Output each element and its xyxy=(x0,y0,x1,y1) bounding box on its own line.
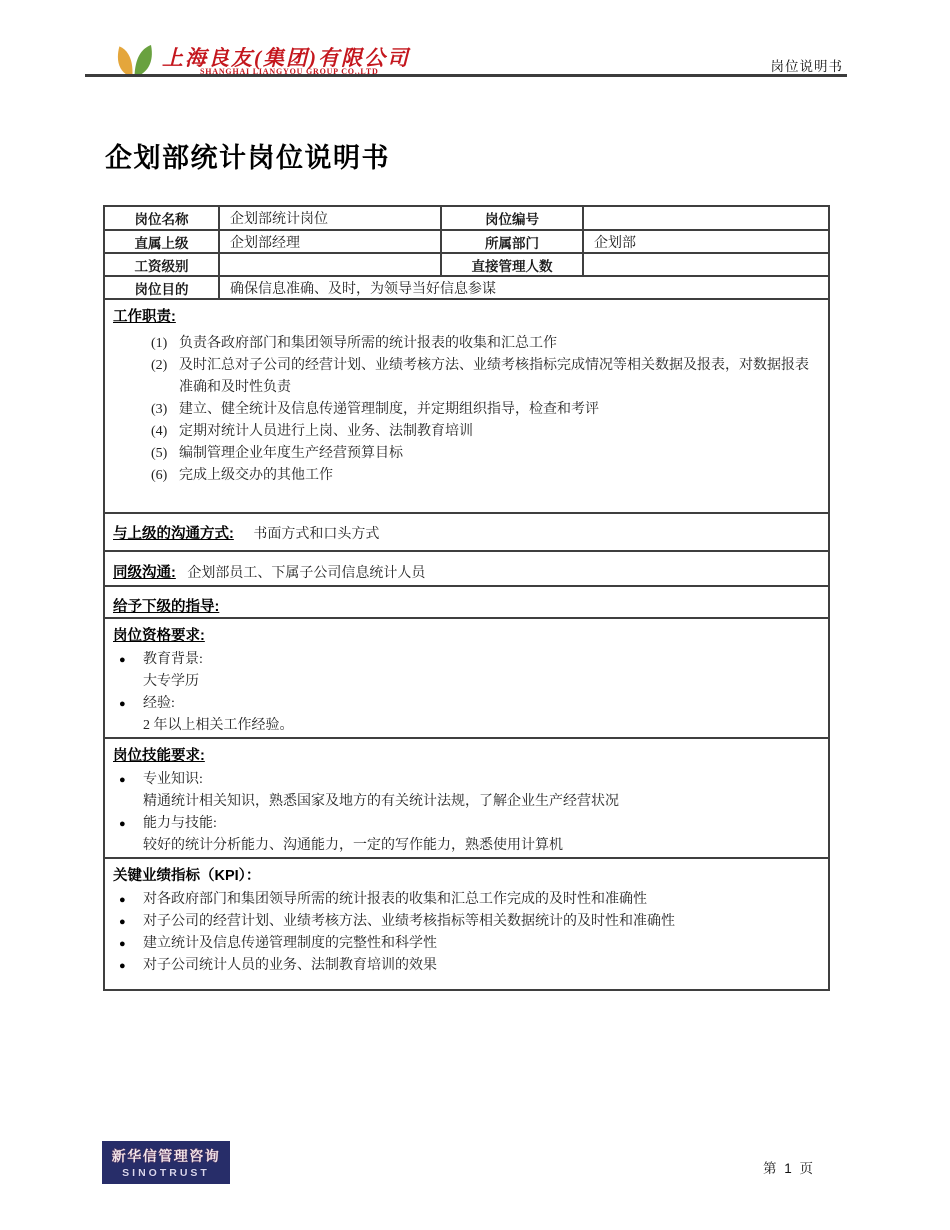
sinotrust-logo: 新华信管理咨询 SINOTRUST xyxy=(102,1141,230,1184)
page-title: 企划部统计岗位说明书 xyxy=(105,136,390,175)
comm-up-value: 书面方式和口头方式 xyxy=(253,527,379,542)
skills-title: 岗位技能要求: xyxy=(113,744,818,765)
kpi-item: ● 建立统计及信息传递管理制度的完整性和科学性 xyxy=(113,933,818,955)
table-row: 工资级别 直接管理人数 xyxy=(104,253,829,276)
section-duties: 工作职责: (1) 负责各政府部门和集团领导所需的统计报表的收集和汇总工作 (2… xyxy=(104,299,829,513)
label-department: 所属部门 xyxy=(441,230,583,253)
document-page: 上海良友(集团)有限公司 SHANGHAI LIANGYOU GROUP CO.… xyxy=(0,0,950,1230)
label-position-name: 岗位名称 xyxy=(104,206,219,230)
label-position-code: 岗位编号 xyxy=(441,206,583,230)
duties-title: 工作职责: xyxy=(113,305,818,326)
bullet-icon: ● xyxy=(113,693,143,715)
comm-up-title: 与上级的沟通方式: xyxy=(113,526,234,542)
table-row: 岗位名称 企划部统计岗位 岗位编号 xyxy=(104,206,829,230)
table-row: 岗位目的 确保信息准确、及时，为领导当好信息参谋 xyxy=(104,276,829,299)
value-salary-grade xyxy=(219,253,441,276)
duty-item: (2) 及时汇总对子公司的经营计划、业绩考核方法、业绩考核指标完成情况等相关数据… xyxy=(151,355,818,399)
label-direct-reports: 直接管理人数 xyxy=(441,253,583,276)
job-description-table: 岗位名称 企划部统计岗位 岗位编号 直属上级 企划部经理 所属部门 企划部 工资… xyxy=(103,205,830,991)
qualification-item: ● 经验: xyxy=(113,693,818,715)
page-number: 第 1 页 xyxy=(763,1157,815,1177)
section-qualifications: 岗位资格要求: ● 教育背景: 大专学历 ● 经验: 2 年以上相关工作经验。 xyxy=(104,618,829,738)
label-direct-superior: 直属上级 xyxy=(104,230,219,253)
bullet-icon: ● xyxy=(113,649,143,671)
bullet-icon: ● xyxy=(113,955,143,977)
value-position-name: 企划部统计岗位 xyxy=(219,206,441,230)
duty-item: (1) 负责各政府部门和集团领导所需的统计报表的收集和汇总工作 xyxy=(151,333,818,355)
table-row-skills: 岗位技能要求: ● 专业知识: 精通统计相关知识，熟悉国家及地方的有关统计法规，… xyxy=(104,738,829,858)
qualification-detail: 大专学历 xyxy=(143,671,818,693)
duty-item: (5) 编制管理企业年度生产经营预算目标 xyxy=(151,443,818,465)
bullet-icon: ● xyxy=(113,813,143,835)
kpi-item: ● 对子公司的经营计划、业绩考核方法、业绩考核指标等相关数据统计的及时性和准确性 xyxy=(113,911,818,933)
duty-item: (6) 完成上级交办的其他工作 xyxy=(151,465,818,487)
value-position-code xyxy=(583,206,829,230)
bullet-icon: ● xyxy=(113,889,143,911)
sinotrust-logo-cn: 新华信管理咨询 xyxy=(112,1146,221,1166)
value-direct-reports xyxy=(583,253,829,276)
skill-detail: 精通统计相关知识，熟悉国家及地方的有关统计法规，了解企业生产经营状况 xyxy=(143,791,818,813)
comm-peer-title: 同级沟通: xyxy=(113,565,176,581)
section-comm-peer: 同级沟通: 企划部员工、下属子公司信息统计人员 xyxy=(104,551,829,586)
section-kpi: 关键业绩指标（KPI）： ● 对各政府部门和集团领导所需的统计报表的收集和汇总工… xyxy=(104,858,829,990)
bullet-icon: ● xyxy=(113,911,143,933)
label-salary-grade: 工资级别 xyxy=(104,253,219,276)
comm-peer-value: 企划部员工、下属子公司信息统计人员 xyxy=(187,566,425,581)
skill-detail: 较好的统计分析能力、沟通能力，一定的写作能力，熟悉使用计算机 xyxy=(143,835,818,857)
value-position-purpose: 确保信息准确、及时，为领导当好信息参谋 xyxy=(219,276,829,299)
table-row-qualifications: 岗位资格要求: ● 教育背景: 大专学历 ● 经验: 2 年以上相关工作经验。 xyxy=(104,618,829,738)
kpi-item: ● 对各政府部门和集团领导所需的统计报表的收集和汇总工作完成的及时性和准确性 xyxy=(113,889,818,911)
qualification-item: ● 教育背景: xyxy=(113,649,818,671)
guide-down-title: 给予下级的指导: xyxy=(113,599,219,615)
bullet-icon: ● xyxy=(113,769,143,791)
header-rule xyxy=(85,74,847,77)
table-row: 直属上级 企划部经理 所属部门 企划部 xyxy=(104,230,829,253)
table-row-guide-down: 给予下级的指导: xyxy=(104,586,829,618)
value-direct-superior: 企划部经理 xyxy=(219,230,441,253)
table-row-kpi: 关键业绩指标（KPI）： ● 对各政府部门和集团领导所需的统计报表的收集和汇总工… xyxy=(104,858,829,990)
header-doc-type: 岗位说明书 xyxy=(771,55,844,75)
company-leaf-logo-icon xyxy=(112,43,155,83)
table-row-comm-up: 与上级的沟通方式: 书面方式和口头方式 xyxy=(104,513,829,551)
table-row-duties: 工作职责: (1) 负责各政府部门和集团领导所需的统计报表的收集和汇总工作 (2… xyxy=(104,299,829,513)
section-comm-up: 与上级的沟通方式: 书面方式和口头方式 xyxy=(104,513,829,551)
skill-item: ● 专业知识: xyxy=(113,769,818,791)
section-guide-down: 给予下级的指导: xyxy=(104,586,829,618)
duty-item: (3) 建立、健全统计及信息传递管理制度，并定期组织指导，检查和考评 xyxy=(151,399,818,421)
qualifications-title: 岗位资格要求: xyxy=(113,624,818,645)
kpi-title: 关键业绩指标（KPI）： xyxy=(113,864,818,885)
table-row-comm-peer: 同级沟通: 企划部员工、下属子公司信息统计人员 xyxy=(104,551,829,586)
section-skills: 岗位技能要求: ● 专业知识: 精通统计相关知识，熟悉国家及地方的有关统计法规，… xyxy=(104,738,829,858)
skill-item: ● 能力与技能: xyxy=(113,813,818,835)
sinotrust-logo-en: SINOTRUST xyxy=(122,1167,210,1179)
bullet-icon: ● xyxy=(113,933,143,955)
duty-item: (4) 定期对统计人员进行上岗、业务、法制教育培训 xyxy=(151,421,818,443)
value-department: 企划部 xyxy=(583,230,829,253)
leaf-icon xyxy=(112,43,155,78)
qualification-detail: 2 年以上相关工作经验。 xyxy=(143,715,818,737)
label-position-purpose: 岗位目的 xyxy=(104,276,219,299)
kpi-item: ● 对子公司统计人员的业务、法制教育培训的效果 xyxy=(113,955,818,977)
